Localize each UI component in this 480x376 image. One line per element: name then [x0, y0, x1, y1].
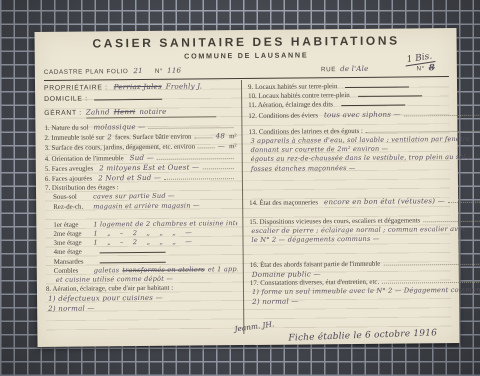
faces-ajourees-value: 2 Nord et Sud — [98, 173, 161, 183]
card-header: CASIER SANITAIRE DES HABITATIONS COMMUNE… [44, 34, 449, 81]
eviers-label: 12. Conditions des éviers [248, 111, 318, 121]
field-gerant: GÉRANT : Zahnd Henri notaire [44, 103, 236, 120]
floor-label: 1er étage [53, 220, 93, 230]
surface-cours-value: — [218, 142, 225, 151]
surface-batie-value: 48 [216, 131, 226, 140]
dispositions-value-2: le N° 2 — dégagements communs — [251, 235, 379, 245]
blank-answer-line [345, 86, 409, 88]
faces-aveugles-label: 5. Faces aveugles [45, 164, 94, 174]
combles-value-2: et 1 app. de 1 ch. [208, 265, 238, 274]
rue-label: RUE [321, 66, 336, 73]
dispositions-answer-2: le N° 2 — dégagements communs — [249, 234, 480, 246]
leader-dots [149, 127, 234, 129]
aeration-value-2: 2) normal — [48, 303, 95, 313]
faces-count-value: 2 [107, 132, 112, 141]
floor-label: Combles [54, 266, 94, 276]
card-subtitle: COMMUNE DE LAUSANNE [44, 49, 449, 62]
terre-plein-contre-label: 10. Locaux habités contre terre-plein [248, 91, 350, 101]
maconneries-label: 14. État des maçonneries [249, 198, 318, 208]
immeuble-isole-mid: faces. Surface bâtie environ [115, 133, 192, 143]
nature-du-sol-value: molassique — [93, 122, 145, 132]
latrines-answer-4: fosses étanches maçonnées — [249, 162, 480, 174]
leader-dots [202, 168, 233, 169]
orientation-value: Sud — [130, 153, 154, 162]
floor-label: 4me étage [54, 248, 94, 258]
cadastre-no-label: N° [155, 68, 163, 75]
floor-value: 1 „ – 2 „ „ „ — [93, 238, 192, 248]
cadastre-label: CADASTRE PLAN FOLIO [44, 68, 129, 76]
gerant-written-line: Zahnd Henri notaire [86, 103, 217, 118]
cadastre-folio-value: 21 [133, 66, 143, 75]
aeration-dits-label: 11. Aération, éclairage des dits [248, 101, 333, 111]
eviers-value: tous avec siphons — [324, 109, 401, 119]
gerant-label: GÉRANT : [44, 108, 82, 119]
combles-value-1: galetas [94, 266, 120, 275]
leader-dots [448, 202, 480, 203]
left-column: PROPRIÉTAIRE : Perriaz Jules Froehly J. … [44, 80, 243, 336]
blank-answer-line [358, 96, 422, 98]
latrines-value-4: fosses étanches maçonnées — [251, 164, 356, 174]
proprietaire-struck-name: Perriaz Jules [114, 81, 162, 92]
cadastre-no-value: 116 [167, 66, 181, 75]
floor-label: Rez-de-ch. [53, 202, 93, 212]
floor-label: Mansardes [54, 257, 94, 267]
gerant-name-struck: Henri [114, 107, 136, 116]
cadastre-row: CADASTRE PLAN FOLIO 21 N° 116 RUE de l'A… [44, 63, 449, 77]
leader-dots [164, 178, 234, 180]
street-no-label: N° [416, 65, 424, 72]
sanitary-record-card: CASIER SANITAIRE DES HABITATIONS COMMUNE… [34, 28, 459, 347]
leader-dots [423, 221, 480, 223]
right-column: 9. Locaux habités sur terre-plein 10. Lo… [241, 78, 480, 334]
constatations-answer-2: 2) normal — [250, 295, 480, 307]
maconneries-value: encore en bon état (vétustes) — [324, 196, 445, 206]
surface-cours-label: 3. Surface des cours, jardins, dégagemen… [45, 143, 195, 154]
immeuble-isole-pre: 2. Immeuble isolé sur [44, 134, 104, 144]
floor-blank-line [100, 261, 166, 263]
gerant-name-pre: Zahnd [86, 107, 110, 116]
leader-dots [366, 131, 480, 133]
domicile-label: DOMICILE : [44, 94, 88, 105]
proprietaire-name: Froehly J. [166, 80, 203, 91]
proprietaire-label: PROPRIÉTAIRE : [44, 82, 108, 94]
card-title: CASIER SANITAIRE DES HABITATIONS [44, 34, 449, 51]
faces-ajourees-label: 6. Faces ajourées [45, 175, 92, 185]
leader-dots [157, 158, 234, 160]
nature-du-sol-label: 1. Nature du sol [44, 124, 88, 134]
leader-dots [194, 138, 212, 139]
floor-value: magasin et arrière magasin — [93, 201, 200, 211]
floor-rez: Rez-de-ch. magasin et arrière magasin — [45, 201, 237, 212]
leader-dots [383, 263, 480, 265]
surface-cours-unit: m² [229, 143, 237, 152]
date-note: Fiche établie le 6 octobre 1916 [288, 328, 437, 343]
gerant-name-post: notaire [139, 107, 166, 116]
handwritten-bis-note: 1 Bis. [405, 51, 436, 66]
floors-block: Sous-sol caves sur partie Sud — Rez-de-c… [45, 192, 238, 286]
surface-batie-unit: m² [229, 132, 237, 141]
date-note-wrap: Fiche établie le 6 octobre 1916 [250, 323, 480, 343]
form-columns: PROPRIÉTAIRE : Perriaz Jules Froehly J. … [44, 78, 451, 336]
aeration-value-1: 1) défectueux pour cuisines — [48, 293, 163, 303]
rue-value: de l'Ale [340, 64, 368, 73]
leader-dots [198, 148, 215, 149]
aeration-answer-2: 2) normal — [46, 302, 238, 313]
leader-dots [404, 114, 480, 116]
constatations-value-2: 2) normal — [252, 297, 299, 307]
floor-label: 3me étage [53, 239, 93, 249]
combles-struck: transformés en ateliers [122, 265, 205, 275]
floor-label: 2me étage [53, 230, 93, 240]
leader-dots [382, 282, 480, 284]
identity-block: PROPRIÉTAIRE : Perriaz Jules Froehly J. … [44, 80, 236, 120]
faces-aveugles-value: 2 mitoyens Est et Ouest — [99, 162, 199, 172]
floor-label: Sous-sol [53, 193, 93, 203]
floor-blank-line [100, 252, 166, 254]
domicile-blank-line [94, 99, 162, 101]
corner-number-note: 1 Bis. [405, 47, 435, 65]
blank-answer-line [341, 105, 405, 107]
field-maconneries: 14. État des maçonneries encore en bon é… [249, 196, 480, 209]
